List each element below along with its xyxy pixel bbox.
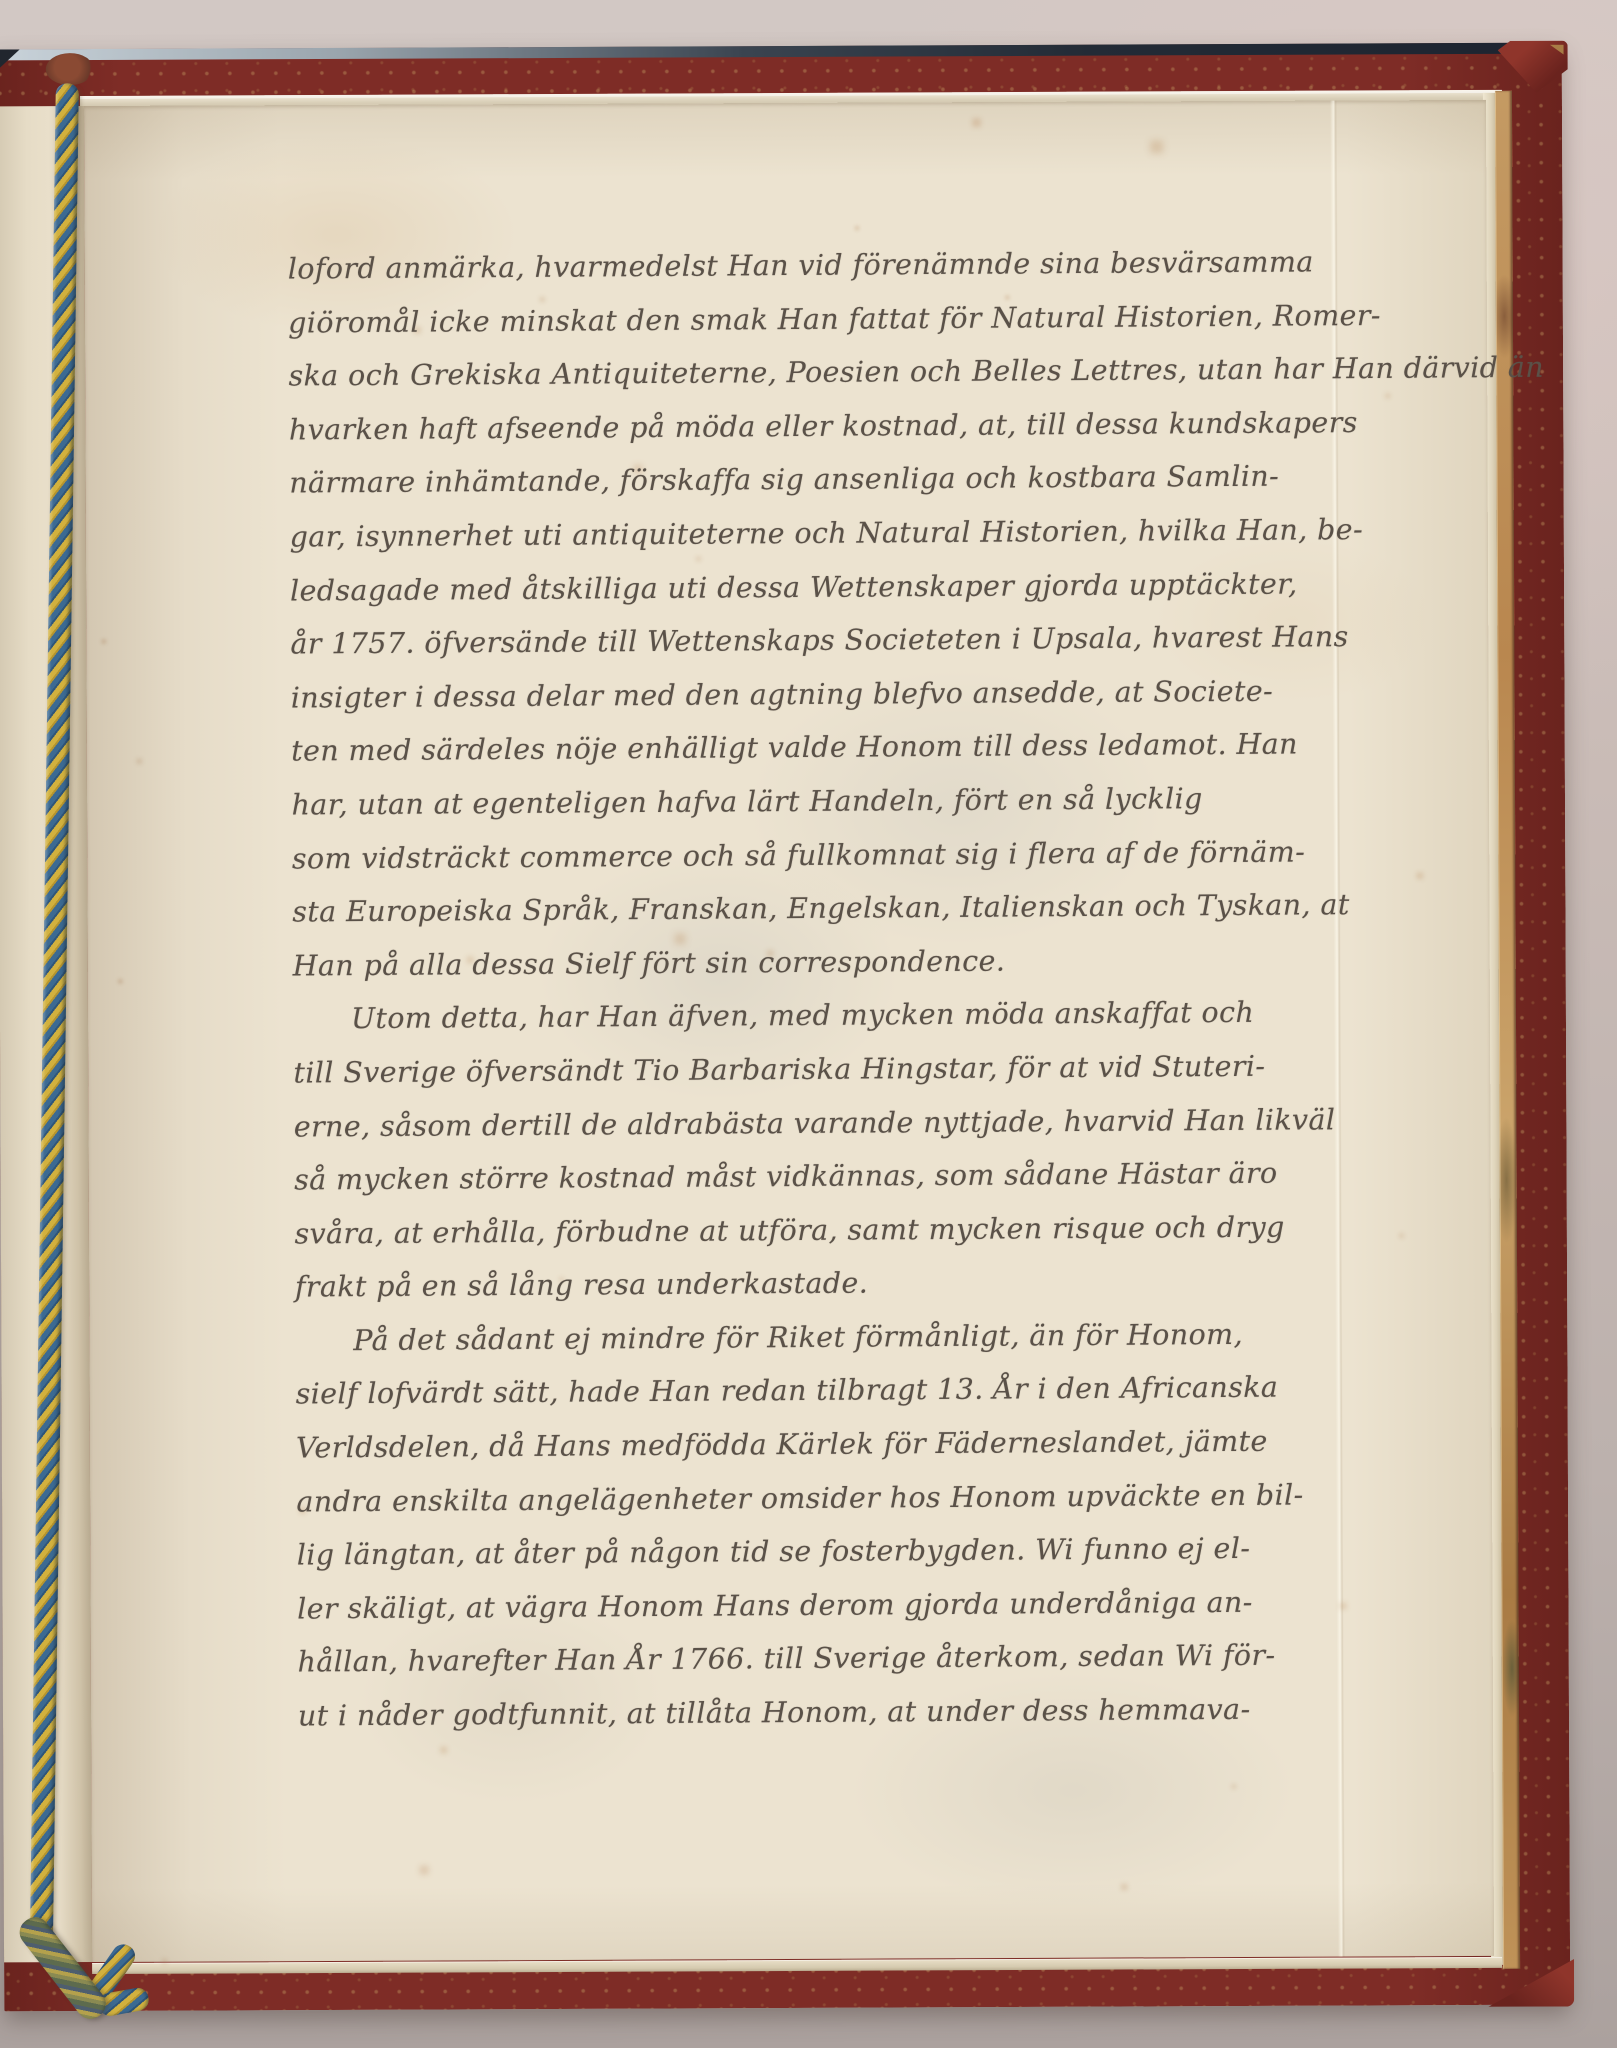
photograph-background: loford anmärka, hvarmedelst Han vid före… xyxy=(0,0,1617,2048)
manuscript-line: som vidsträckt commerce och så fullkomna… xyxy=(292,825,1352,886)
bookmark-cord-anchor xyxy=(46,53,94,85)
manuscript-line: På det sådant ej mindre för Riket förmån… xyxy=(295,1307,1355,1368)
manuscript-line: frakt på en så lång resa underkastade. xyxy=(295,1253,1355,1314)
manuscript-line: ler skäligt, at vägra Honom Hans derom g… xyxy=(297,1575,1357,1636)
manuscript-line: till Sverige öfversändt Tio Barbariska H… xyxy=(293,1039,1353,1100)
manuscript-line: hållan, hvarefter Han År 1766. till Sver… xyxy=(297,1629,1357,1690)
manuscript-line: år 1757. öfversände till Wettenskaps Soc… xyxy=(290,610,1350,671)
manuscript-line: insigter i dessa delar med den agtning b… xyxy=(291,664,1351,725)
manuscript-line: sta Europeiska Språk, Franskan, Engelska… xyxy=(292,878,1352,939)
manuscript-line: närmare inhämtande, förskaffa sig ansenl… xyxy=(289,450,1349,511)
handwritten-text-block: loford anmärka, hvarmedelst Han vid före… xyxy=(288,235,1358,1743)
manuscript-line: ten med särdeles nöje enhälligt valde Ho… xyxy=(291,717,1351,778)
manuscript-line: andra enskilta angelägenheter omsider ho… xyxy=(296,1468,1356,1529)
manuscript-line: ledsagade med åtskilliga uti dessa Wette… xyxy=(290,557,1350,618)
manuscript-line: erne, såsom dertill de aldrabästa varand… xyxy=(294,1093,1354,1154)
manuscript-line: har, utan at egenteligen hafva lärt Hand… xyxy=(291,771,1351,832)
manuscript-line: ut i nåder godtfunnit, at tillåta Honom,… xyxy=(298,1682,1358,1743)
manuscript-line: så mycken större kostnad måst vidkännas,… xyxy=(294,1146,1354,1207)
manuscript-line: ska och Grekiska Antiquiteterne, Poesien… xyxy=(288,342,1348,403)
manuscript-line: Utom detta, har Han äfven, med mycken mö… xyxy=(293,985,1353,1046)
book-top-edge xyxy=(0,43,1556,61)
manuscript-line: Han på alla dessa Sielf fört sin corresp… xyxy=(292,932,1352,993)
manuscript-line: gar, isynnerhet uti antiquiteterne och N… xyxy=(289,503,1349,564)
manuscript-page: loford anmärka, hvarmedelst Han vid före… xyxy=(84,100,1494,1962)
manuscript-line: lig längtan, at åter på någon tid se fos… xyxy=(297,1521,1357,1582)
manuscript-line: hvarken haft afseende på möda eller kost… xyxy=(289,396,1349,457)
manuscript-line: loford anmärka, hvarmedelst Han vid före… xyxy=(288,235,1348,296)
manuscript-line: svåra, at erhålla, förbudne at utföra, s… xyxy=(294,1200,1354,1261)
foxing-spots xyxy=(84,106,85,107)
manuscript-line: giöromål icke minskat den smak Han fatta… xyxy=(288,289,1348,350)
manuscript-line: Verldsdelen, då Hans medfödda Kärlek för… xyxy=(296,1414,1356,1475)
book-cover: loford anmärka, hvarmedelst Han vid före… xyxy=(0,43,1570,2012)
manuscript-line: sielf lofvärdt sätt, hade Han redan tilb… xyxy=(295,1361,1355,1422)
